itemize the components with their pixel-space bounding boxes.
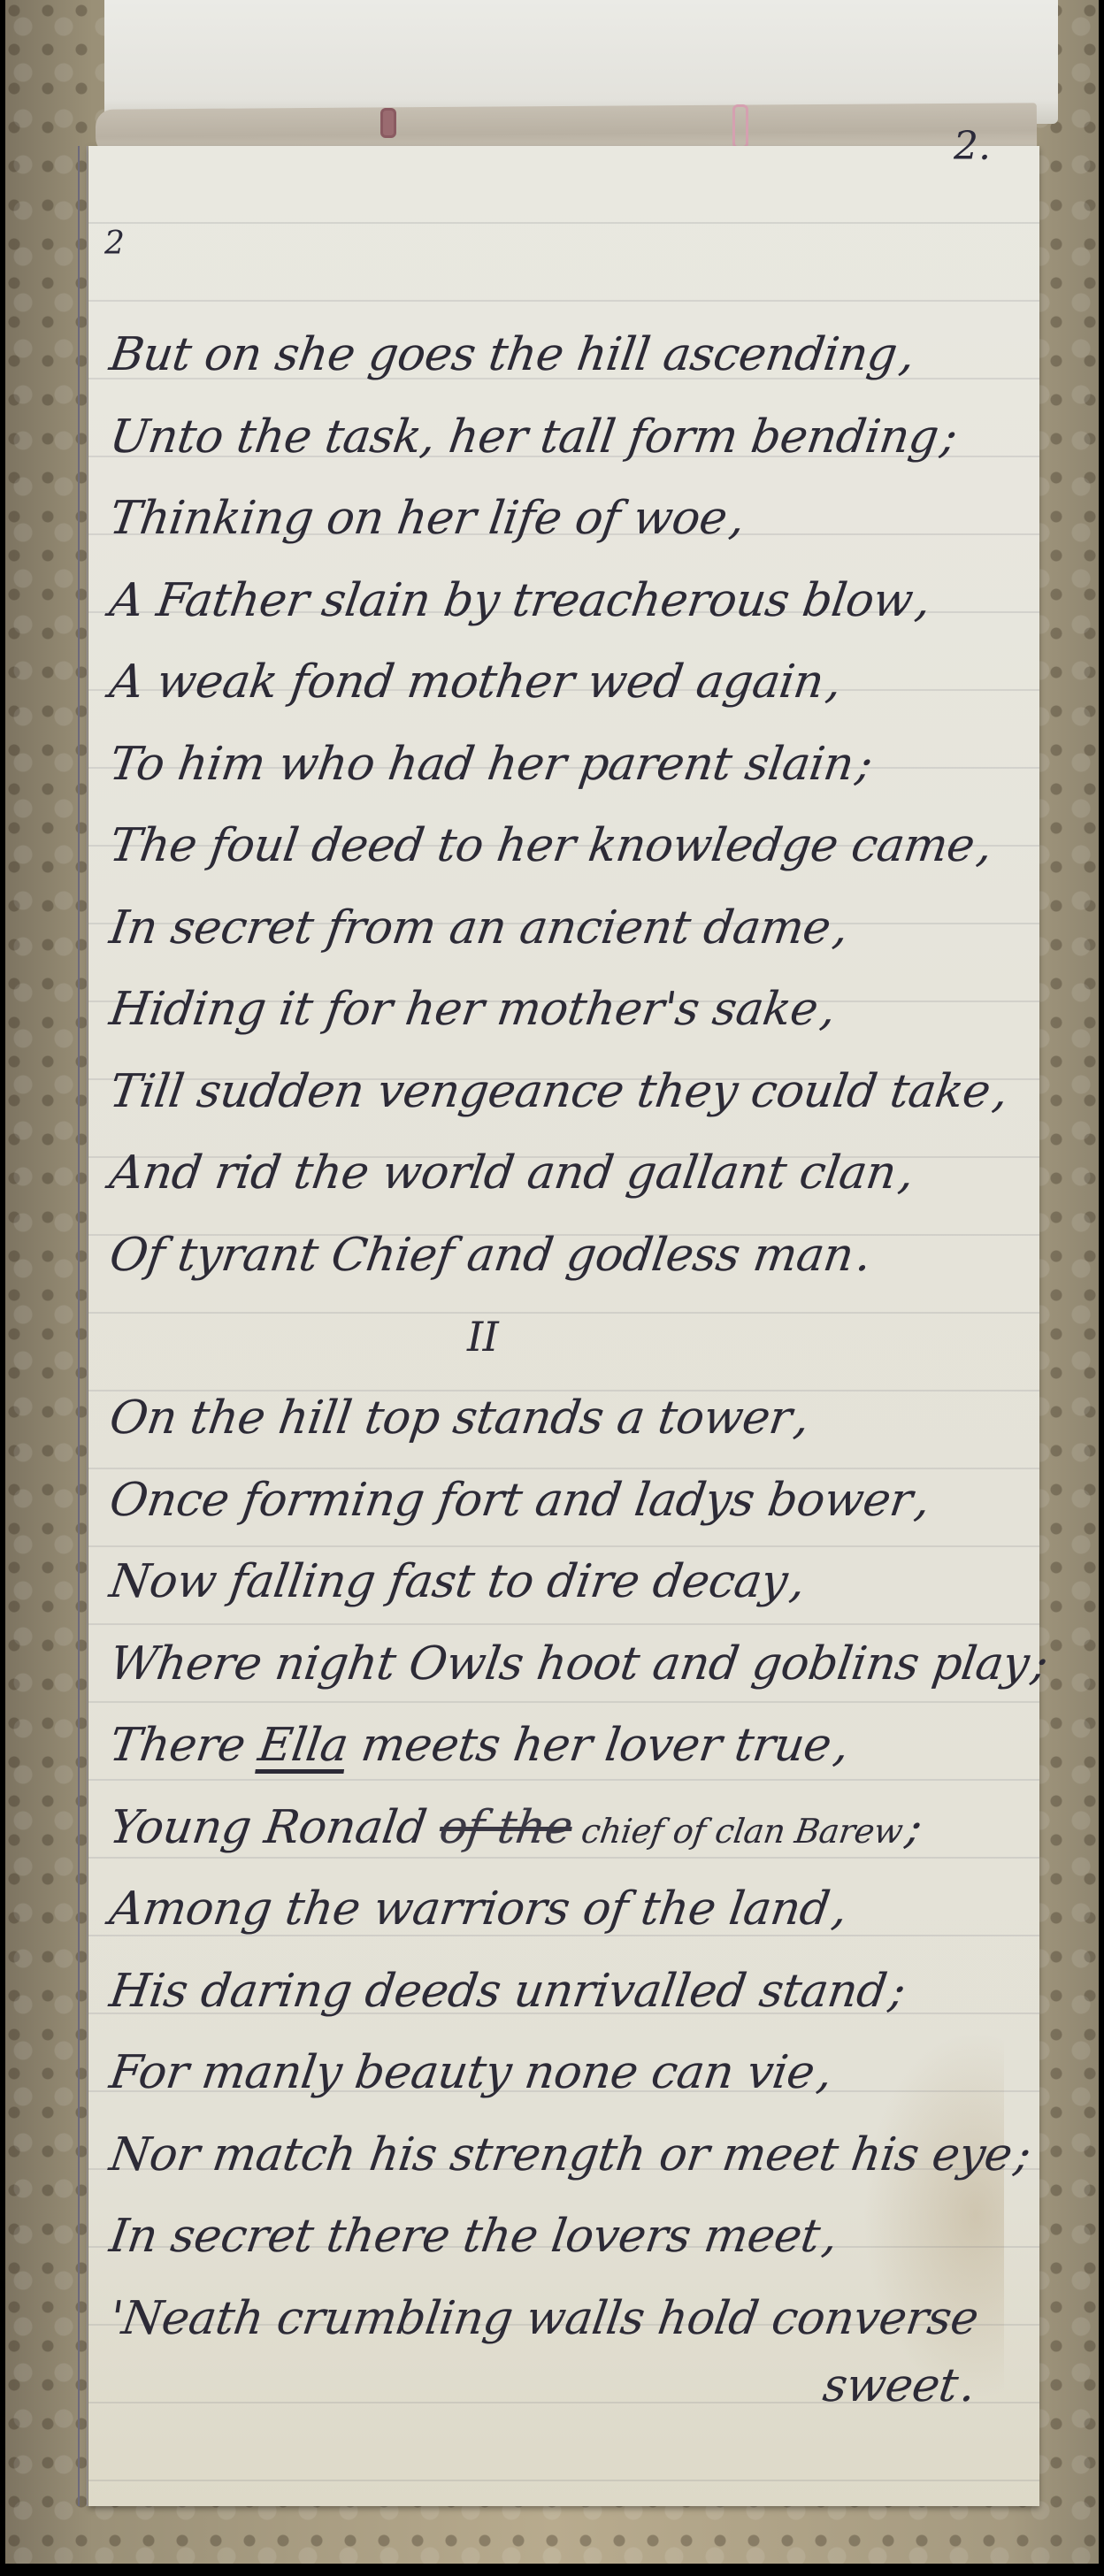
- poem-line: Hiding it for her mother's sake,: [104, 969, 1054, 1051]
- stanza-1: But on she goes the hill ascending, Unto…: [104, 314, 1042, 1296]
- binding-thread: [732, 104, 748, 149]
- poem-line: There Ella meets her lover true,: [104, 1705, 1054, 1787]
- poem-body: But on she goes the hill ascending, Unto…: [104, 314, 1042, 2412]
- poem-line: In secret from an ancient dame,: [104, 887, 1054, 970]
- struck-out-text: of the: [436, 1801, 576, 1854]
- poem-line: Of tyrant Chief and godless man.: [104, 1215, 1054, 1297]
- poem-line: A weak fond mother wed again,: [104, 641, 1054, 724]
- poem-line: Till sudden vengeance they could take,: [104, 1051, 1054, 1133]
- page-number: 2.: [954, 124, 991, 169]
- stanza-2: On the hill top stands a tower, Once for…: [104, 1377, 1042, 2412]
- margin-page-number: 2: [104, 226, 125, 262]
- poem-line: In secret there the lovers meet,: [104, 2196, 1054, 2278]
- poem-line: Nor match his strength or meet his eye;: [104, 2114, 1054, 2196]
- poem-line: 'Neath crumbling walls hold converse: [104, 2278, 1054, 2360]
- poem-line: Once forming fort and ladys bower,: [104, 1460, 1054, 1542]
- section-heading: II: [104, 1296, 1042, 1377]
- underlined-name: Ella: [255, 1719, 351, 1772]
- poem-line: Now falling fast to dire decay,: [104, 1541, 1054, 1623]
- poem-line: The foul deed to her knowledge came,: [104, 805, 1054, 887]
- poem-line: A Father slain by treacherous blow,: [104, 560, 1054, 642]
- poem-line: Where night Owls hoot and goblins play;: [104, 1623, 1054, 1706]
- poem-line-continuation: sweet.: [104, 2359, 1049, 2412]
- poem-line: Among the warriors of the land,: [104, 1868, 1054, 1951]
- poem-line: Thinking on her life of woe,: [104, 478, 1054, 560]
- poem-line: His daring deeds unrivalled stand;: [104, 1951, 1054, 2033]
- poem-line: But on she goes the hill ascending,: [104, 314, 1054, 396]
- poem-line: And rid the world and gallant clan,: [104, 1132, 1054, 1215]
- poem-line: For manly beauty none can vie,: [104, 2032, 1054, 2114]
- poem-line: On the hill top stands a tower,: [104, 1377, 1054, 1460]
- poem-line: Young Ronald of the chief of clan Barew;: [104, 1787, 1054, 1869]
- poem-line: Unto the task, her tall form bending;: [104, 396, 1054, 479]
- binding-thread: [380, 108, 396, 138]
- poem-line: To him who had her parent slain;: [104, 724, 1054, 806]
